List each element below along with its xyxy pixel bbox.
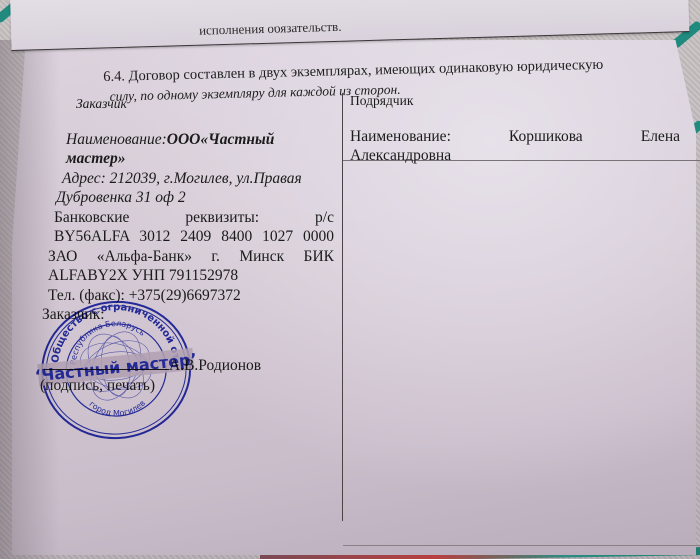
customer-name: Наименование:ООО«Частный мастер» — [66, 130, 334, 169]
customer-signature-line: А.В.Родионов — [44, 356, 304, 376]
customer-name-label: Наименование: — [66, 131, 167, 148]
customer-signature-label: Заказчик: — [42, 305, 334, 325]
column-divider — [342, 93, 343, 521]
contractor-patronymic: Александровна — [350, 146, 680, 166]
customer-bank-2: BY56ALFA 3012 2409 8400 1027 0000 — [54, 227, 334, 247]
contractor-details: Подрядчик Наименование: Коршикова Елена … — [350, 91, 680, 166]
customer-signature-caption: (подпись, печать) — [40, 376, 155, 396]
contractor-surname: Коршикова — [509, 127, 583, 147]
customer-role: Заказчик — [76, 94, 334, 114]
contractor-name: Наименование: Коршикова Елена — [350, 127, 680, 147]
customer-address-2: Дубровенка 31 оф 2 — [56, 188, 334, 208]
table-bottom-border — [343, 545, 700, 546]
contractor-role: Подрядчик — [350, 91, 680, 111]
customer-bank-1: Банковские реквизиты: р/с — [54, 208, 334, 228]
customer-details: Заказчик Наименование:ООО«Частный мастер… — [34, 94, 334, 325]
signature-blank — [44, 369, 169, 370]
customer-bank-4: ALFABY2X УНП 791152978 — [48, 266, 334, 286]
contractor-firstname: Елена — [641, 127, 680, 147]
customer-signer-name: А.В.Родионов — [169, 357, 261, 374]
partial-text: исполнения обязательств. — [199, 19, 342, 39]
contractor-name-label: Наименование: — [350, 127, 451, 147]
customer-address-1: Адрес: 212039, г.Могилев, ул.Правая — [62, 169, 334, 189]
customer-phone: Тел. (факс): +375(29)6697372 — [48, 286, 334, 306]
customer-bank-3: ЗАО «Альфа-Банк» г. Минск БИК — [48, 247, 334, 267]
